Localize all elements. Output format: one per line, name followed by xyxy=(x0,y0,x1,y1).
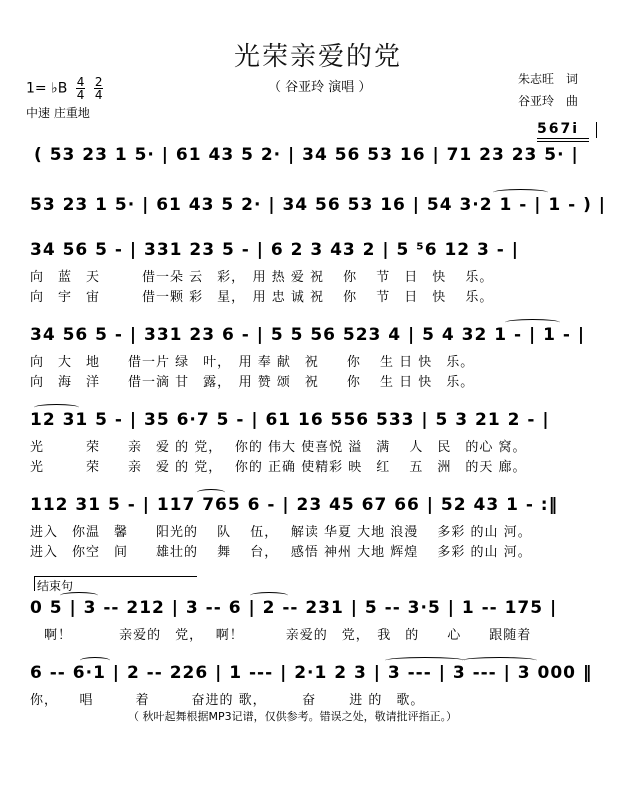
lyric-line: 啊！ 亲爱的 党， 啊！ 亲爱的 党， 我 的 心 跟随着 xyxy=(30,624,531,643)
notes-line: 34 56 5 - | 331 23 6 - | 5 5 56 523 4 | … xyxy=(30,325,585,345)
lyric-verse-1: 向 蓝 天 借一朵 云 彩， 用 热 爱 祝 你 节 日 快 乐。 xyxy=(30,266,493,285)
slur-arc xyxy=(197,489,225,496)
lyric-verse-2: 向 宇 宙 借一颗 彩 星， 用 忠 诚 祝 你 节 日 快 乐。 xyxy=(30,286,493,305)
lyric-verse-2: 光 荣 亲 爱 的 党， 你的 正确 使精彩 映 红 五 洲 的天 廊。 xyxy=(30,456,527,475)
time-signature-1: 4 4 xyxy=(76,76,86,101)
notes-line: 12 31 5 - | 35 6·7 5 - | 61 16 556 533 |… xyxy=(30,410,550,430)
notes-line: ( 53 23 1 5· | 61 43 5 2· | 34 56 53 16 … xyxy=(34,145,579,165)
score-row-5: 12 31 5 - | 35 6·7 5 - | 61 16 556 533 |… xyxy=(0,410,636,480)
notes-line: 53 23 1 5· | 61 43 5 2· | 34 56 53 16 | … xyxy=(30,195,606,215)
notes-line: 0 5 | 3 -- 212 | 3 -- 6 | 2 -- 231 | 5 -… xyxy=(30,598,557,618)
pickup-notes: 567i xyxy=(537,121,579,137)
performer: （ 谷亚玲 演唱 ） xyxy=(268,76,371,95)
score-row-7: 0 5 | 3 -- 212 | 3 -- 6 | 2 -- 231 | 5 -… xyxy=(0,598,636,643)
lyric-verse-2: 进入 你空 间 雄壮的 舞 台， 感悟 神州 大地 辉煌 多彩 的山 河。 xyxy=(30,541,532,560)
notes-line: 34 56 5 - | 331 23 5 - | 6 2 3 43 2 | 5 … xyxy=(30,240,519,260)
pickup-underline-2 xyxy=(537,141,589,142)
song-title: 光荣亲爱的党 xyxy=(0,36,636,73)
tie-arc xyxy=(462,657,537,664)
transcription-note: （ 秋叶起舞根据MP3记谱，仅供参考。错误之处，敬请批评指正。） xyxy=(128,708,457,724)
score-row-8: 6 -- 6·1 | 2 -- 226 | 1 --- | 2·1 2 3 | … xyxy=(0,663,636,708)
tie-arc xyxy=(385,657,465,664)
tempo-marking: 中速 庄重地 xyxy=(26,104,90,121)
tie-arc xyxy=(80,657,110,664)
score-row-4: 34 56 5 - | 331 23 6 - | 5 5 56 523 4 | … xyxy=(0,325,636,395)
lyric-line: 你， 唱 着 奋进的 歌， 奋 进 的 歌。 xyxy=(30,689,424,708)
score-row-2: 53 23 1 5· | 61 43 5 2· | 34 56 53 16 | … xyxy=(0,195,636,225)
slur-arc xyxy=(34,404,79,411)
notes-line: 6 -- 6·1 | 2 -- 226 | 1 --- | 2·1 2 3 | … xyxy=(30,663,592,683)
pickup-underline xyxy=(537,138,589,139)
lyric-verse-1: 光 荣 亲 爱 的 党， 你的 伟大 使喜悦 溢 满 人 民 的心 窝。 xyxy=(30,436,527,455)
lyric-verse-1: 进入 你温 馨 阳光的 队 伍， 解读 华夏 大地 浪漫 多彩 的山 河。 xyxy=(30,521,532,540)
barline xyxy=(596,122,597,138)
score-row-1: ( 53 23 1 5· | 61 43 5 2· | 34 56 53 16 … xyxy=(0,145,636,175)
lyricist-credit: 朱志旺 词 xyxy=(518,70,578,87)
score-row-6: 112 31 5 - | 117 765 6 - | 23 45 67 66 |… xyxy=(0,495,636,565)
composer-credit: 谷亚玲 曲 xyxy=(518,92,578,109)
tie-arc xyxy=(60,592,98,599)
score-row-3: 34 56 5 - | 331 23 5 - | 6 2 3 43 2 | 5 … xyxy=(0,240,636,310)
tie-arc xyxy=(250,592,288,599)
tie-arc xyxy=(505,319,560,326)
time-signature-2: 2 4 xyxy=(94,76,104,101)
lyric-verse-1: 向 大 地 借一片 绿 叶， 用 奉 献 祝 你 生 日 快 乐。 xyxy=(30,351,474,370)
notes-line: 112 31 5 - | 117 765 6 - | 23 45 67 66 |… xyxy=(30,495,558,515)
tie-arc xyxy=(493,189,548,196)
key-label: 1= ♭B xyxy=(26,81,67,97)
ending-label: 结束句 xyxy=(37,577,73,594)
key-signature: 1= ♭B 4 4 2 4 xyxy=(26,76,103,101)
lyric-verse-2: 向 海 洋 借一滴 甘 露， 用 赞 颂 祝 你 生 日 快 乐。 xyxy=(30,371,474,390)
